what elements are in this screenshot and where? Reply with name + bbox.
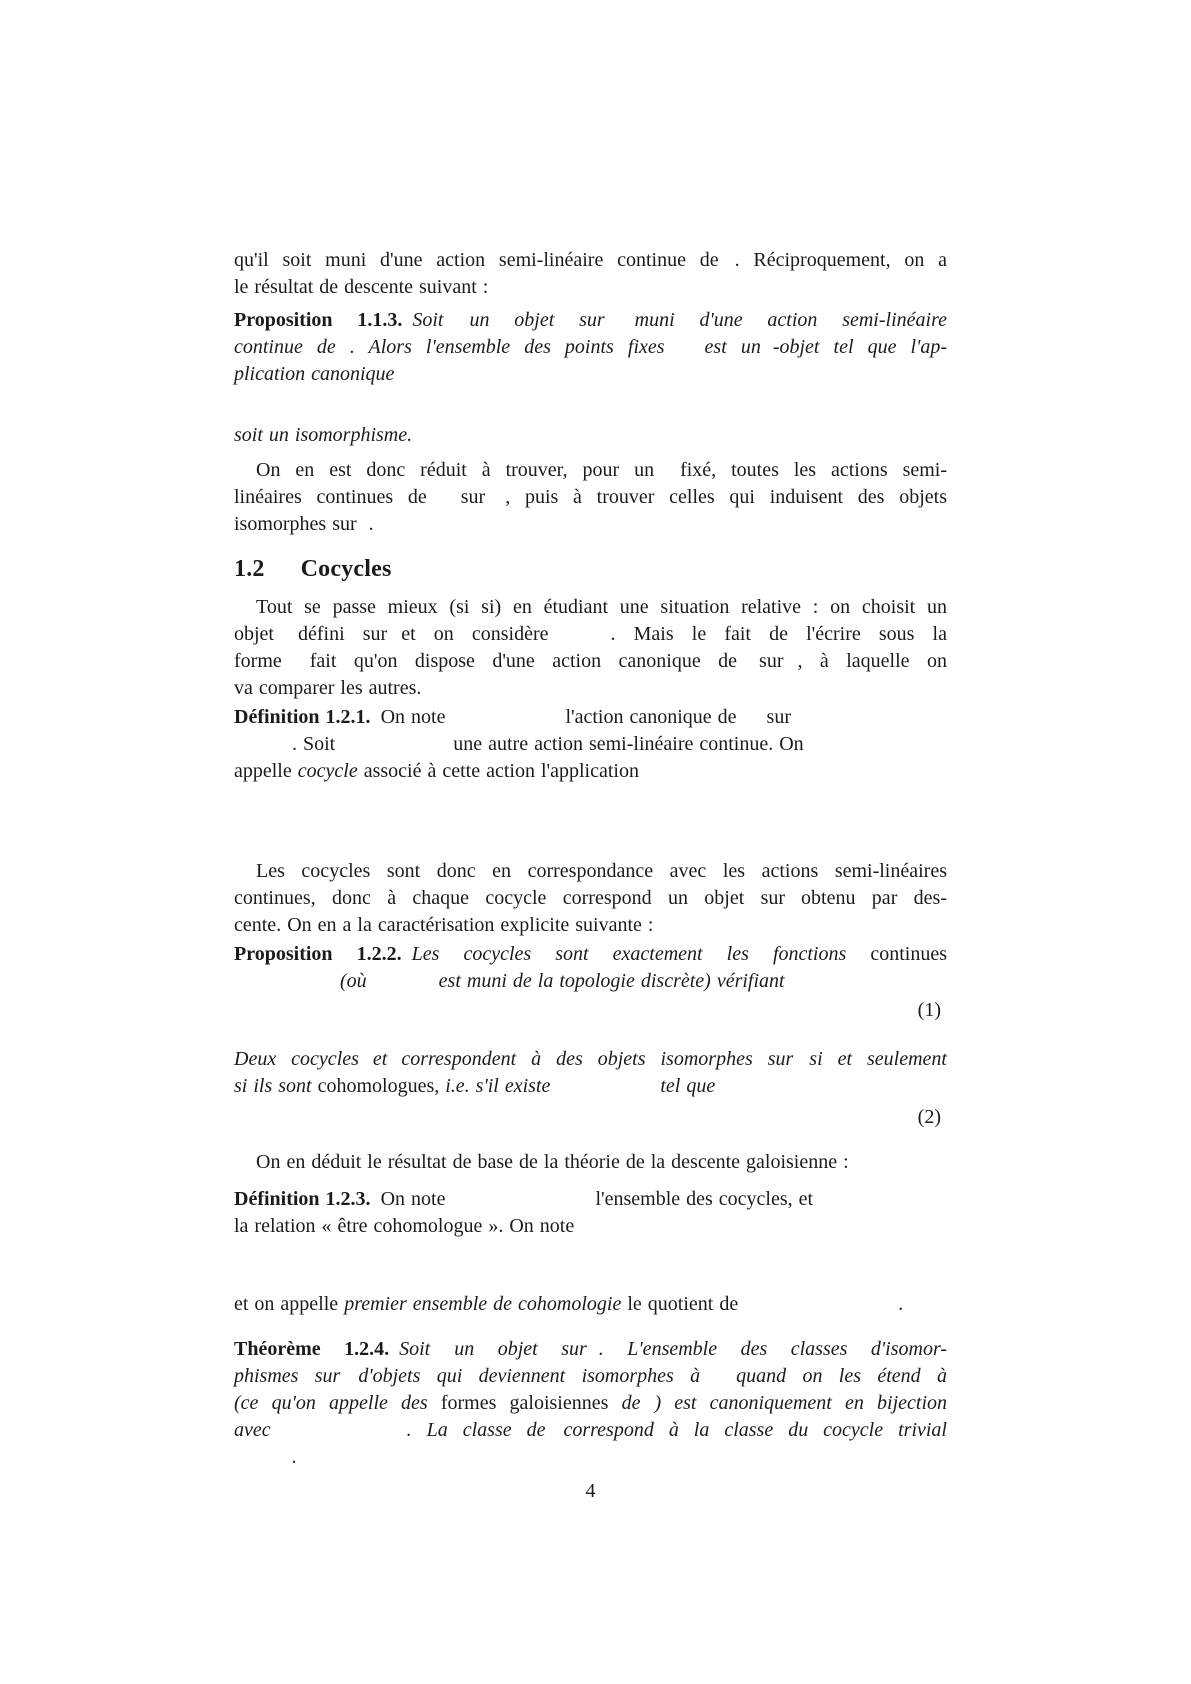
text-run: l'ensemble des cocycles, et bbox=[595, 1188, 813, 1210]
text-run: On note bbox=[381, 706, 446, 728]
math-gap bbox=[340, 1381, 358, 1382]
text-run: Soit bbox=[412, 309, 443, 331]
text-line: si ils sont cohomologues, i.e. s'il exis… bbox=[234, 1073, 947, 1100]
text-run: On en déduit le résultat de base de la t… bbox=[256, 1151, 849, 1173]
paragraph-on-en-est: On en est donc réduit à trouver, pour un… bbox=[234, 457, 947, 538]
text-line: qu'il soit muni d'une action semi-linéai… bbox=[234, 247, 947, 274]
text-run: Définition 1.2.1. bbox=[234, 706, 371, 728]
text-run: . L'ensemble des classes d'isomor- bbox=[599, 1338, 947, 1360]
math-gap bbox=[654, 475, 680, 476]
text-run: linéaires continues de bbox=[234, 486, 427, 508]
text-run: . Alors l'ensemble des points fixes bbox=[350, 336, 665, 358]
math-gap bbox=[784, 666, 798, 667]
text-run: 1.2 bbox=[234, 556, 265, 582]
math-gap bbox=[387, 1064, 401, 1065]
text-line: Proposition 1.1.3.Soitun objet surmuni d… bbox=[234, 307, 947, 334]
text-run: objet bbox=[234, 623, 274, 645]
math-gap bbox=[402, 959, 412, 960]
text-run: Proposition 1.2.2. bbox=[234, 943, 402, 965]
text-run: le résultat de descente suivant : bbox=[234, 276, 488, 298]
text-line: phismes surd'objets qui deviennent isomo… bbox=[234, 1363, 947, 1390]
text-run: l'action canonique de bbox=[565, 706, 736, 728]
math-gap bbox=[719, 265, 735, 266]
equation-label: (2) bbox=[918, 1106, 941, 1128]
math-gap bbox=[282, 666, 310, 667]
paragraph-intro: qu'il soit muni d'une action semi-linéai… bbox=[234, 247, 947, 301]
text-run: On en est donc réduit à trouver, pour un bbox=[256, 459, 654, 481]
math-gap bbox=[359, 1064, 373, 1065]
text-line: continues, donc à chaque cocycle corresp… bbox=[234, 885, 947, 912]
math-gap bbox=[545, 1435, 563, 1436]
text-run: Proposition 1.1.3. bbox=[234, 309, 402, 331]
text-run: défini sur bbox=[298, 623, 387, 645]
math-gap bbox=[430, 1354, 454, 1355]
text-line: et on appelle premier ensemble de cohomo… bbox=[234, 1291, 947, 1318]
text-line: objetdéfini suret on considère. Mais le … bbox=[234, 621, 947, 648]
math-gap bbox=[271, 1435, 407, 1436]
math-gap bbox=[549, 639, 611, 640]
text-line: On en est donc réduit à trouver, pour un… bbox=[234, 457, 947, 484]
text-run: Définition 1.2.3. bbox=[234, 1188, 371, 1210]
text-run: sur bbox=[767, 706, 791, 728]
text-line: la relation « être cohomologue ». On not… bbox=[234, 1213, 947, 1240]
text-line: formefait qu'on dispose d'une action can… bbox=[234, 648, 947, 675]
text-line: (ce qu'on appelle des formes galoisienne… bbox=[234, 1390, 947, 1417]
text-line: (oùest muni de la topologie discrète) vé… bbox=[234, 968, 947, 995]
text-run: avec bbox=[234, 1419, 271, 1441]
text-line: avec. La classe decorrespond à la classe… bbox=[234, 1417, 947, 1444]
math-gap bbox=[445, 1204, 595, 1205]
paragraph-premier-ensemble: et on appelle premier ensemble de cohomo… bbox=[234, 1291, 947, 1318]
proposition-1-1-3: Proposition 1.1.3.Soitun objet surmuni d… bbox=[234, 307, 947, 388]
text-line: . bbox=[234, 1444, 947, 1471]
math-gap bbox=[335, 749, 453, 750]
math-gap bbox=[371, 1204, 381, 1205]
text-run: cohomologues, bbox=[318, 1075, 440, 1097]
text-run: fait qu'on dispose d'une action canoniqu… bbox=[310, 650, 737, 672]
text-run: muni d'une action semi-linéaire bbox=[635, 309, 947, 331]
text-line: plication canonique bbox=[234, 361, 947, 388]
text-run: un objet sur bbox=[454, 1338, 587, 1360]
text-run: obtenu par des- bbox=[801, 887, 947, 909]
text-run: , à laquelle on bbox=[798, 650, 948, 672]
text-run: . bbox=[369, 513, 374, 535]
page: qu'il soit muni d'une action semi-linéai… bbox=[0, 0, 1191, 1684]
text-line: Les cocycles sont donc en correspondance… bbox=[234, 858, 947, 885]
text-run: Théorème 1.2.4. bbox=[234, 1338, 389, 1360]
math-gap bbox=[737, 722, 767, 723]
text-run: cente. On en a la caractérisation explic… bbox=[234, 914, 653, 936]
text-run: cocycle bbox=[298, 760, 358, 782]
text-line: 1.2Cocycles bbox=[234, 554, 947, 585]
math-gap bbox=[700, 1381, 736, 1382]
text-run: et bbox=[373, 1048, 387, 1070]
math-gap bbox=[737, 666, 759, 667]
text-run: . bbox=[292, 1446, 297, 1468]
text-run: quand on les étend à bbox=[736, 1365, 947, 1387]
text-run: (ce qu'on appelle des bbox=[234, 1392, 441, 1414]
math-gap bbox=[761, 352, 773, 353]
text-run: premier ensemble de cohomologie bbox=[344, 1293, 621, 1315]
text-line: Définition 1.2.1.On notel'action canoniq… bbox=[234, 704, 947, 731]
text-run: Les cocycles sont exactement les fonctio… bbox=[412, 943, 871, 965]
math-gap bbox=[274, 639, 298, 640]
text-line: On en déduit le résultat de base de la t… bbox=[234, 1149, 947, 1176]
definition-1-2-3: Définition 1.2.3.On notel'ensemble des c… bbox=[234, 1186, 947, 1240]
text-run: continue de bbox=[234, 336, 336, 358]
text-run: sur bbox=[759, 650, 783, 672]
text-line: Deux cocyclesetcorrespondent à des objet… bbox=[234, 1046, 947, 1073]
equation-number-2: (2) bbox=[234, 1104, 947, 1131]
text-run: le quotient de bbox=[621, 1293, 738, 1315]
math-gap bbox=[427, 502, 461, 503]
text-run: un objet sur bbox=[469, 309, 604, 331]
math-gap bbox=[367, 986, 439, 987]
text-run: si et seulement bbox=[809, 1048, 947, 1070]
math-gap bbox=[550, 1091, 660, 1092]
text-run: On note bbox=[381, 1188, 446, 1210]
text-run: Soit bbox=[399, 1338, 430, 1360]
text-run: la relation « être cohomologue ». On not… bbox=[234, 1215, 574, 1237]
text-run: plication canonique bbox=[234, 363, 394, 385]
text-line: Théorème 1.2.4.Soitun objet sur. L'ensem… bbox=[234, 1336, 947, 1363]
text-run: appelle bbox=[234, 760, 298, 782]
text-run: (où bbox=[340, 970, 367, 992]
text-run: -objet tel que l'ap- bbox=[773, 336, 947, 358]
text-run: phismes sur bbox=[234, 1365, 340, 1387]
paragraph-tout-se-passe: Tout se passe mieux (si si) en étudiant … bbox=[234, 594, 947, 702]
text-run: est un bbox=[705, 336, 761, 358]
text-run: continues bbox=[870, 943, 947, 965]
text-run: Deux cocycles bbox=[234, 1048, 359, 1070]
text-line: appelle cocycle associé à cette action l… bbox=[234, 758, 947, 785]
text-line: Définition 1.2.3.On notel'ensemble des c… bbox=[234, 1186, 947, 1213]
text-line: cente. On en a la caractérisation explic… bbox=[234, 912, 947, 939]
text-run: fixé, toutes les actions semi- bbox=[680, 459, 947, 481]
text-run: tel que bbox=[660, 1075, 715, 1097]
math-gap bbox=[665, 352, 705, 353]
text-run: . bbox=[898, 1293, 903, 1315]
text-line: isomorphes sur. bbox=[234, 511, 947, 538]
math-gap bbox=[605, 325, 635, 326]
text-run: . Soit bbox=[292, 733, 335, 755]
text-run: . Mais le fait de l'écrire sous la bbox=[611, 623, 947, 645]
text-run: d'objets qui deviennent isomorphes à bbox=[358, 1365, 700, 1387]
text-run: est muni de la topologie discrète) vérif… bbox=[439, 970, 785, 992]
theoreme-1-2-4: Théorème 1.2.4.Soitun objet sur. L'ensem… bbox=[234, 1336, 947, 1471]
text-run: Les cocycles sont donc en correspondance… bbox=[256, 860, 947, 882]
math-gap bbox=[445, 722, 565, 723]
text-run: formes galoisiennes bbox=[441, 1392, 609, 1414]
text-run: associé à cette action l'application bbox=[358, 760, 639, 782]
text-line: linéaires continues desur, puis à trouve… bbox=[234, 484, 947, 511]
text-run: ) est canoniquement en bijection bbox=[654, 1392, 947, 1414]
text-line: continue de. Alors l'ensemble des points… bbox=[234, 334, 947, 361]
text-run: et on considère bbox=[401, 623, 548, 645]
page-number: 4 bbox=[234, 1478, 947, 1505]
text-line: . Soitune autre action semi-linéaire con… bbox=[234, 731, 947, 758]
section-heading-1-2-cocycles: 1.2Cocycles bbox=[234, 554, 947, 585]
text-run: continues, donc à chaque cocycle corresp… bbox=[234, 887, 785, 909]
math-gap bbox=[402, 325, 412, 326]
text-run: . La classe de bbox=[407, 1419, 546, 1441]
math-gap bbox=[389, 1354, 399, 1355]
equation-number-1: (1) bbox=[234, 997, 947, 1024]
text-run: sur bbox=[461, 486, 485, 508]
definition-1-2-1: Définition 1.2.1.On notel'action canoniq… bbox=[234, 704, 947, 785]
text-run: va comparer les autres. bbox=[234, 677, 421, 699]
text-run: Cocycles bbox=[301, 556, 392, 582]
text-run: , puis à trouver celles qui induisent de… bbox=[505, 486, 947, 508]
text-run: correspond à la classe du cocycle trivia… bbox=[563, 1419, 947, 1441]
equation-label: (1) bbox=[918, 999, 941, 1021]
text-run: qu'il soit muni d'une action semi-linéai… bbox=[234, 249, 719, 271]
paragraph-deux-cocycles: Deux cocyclesetcorrespondent à des objet… bbox=[234, 1046, 947, 1100]
text-run: . Réciproquement, on a bbox=[735, 249, 947, 271]
math-gap bbox=[357, 529, 369, 530]
paragraph-on-en-deduit: On en déduit le résultat de base de la t… bbox=[234, 1149, 947, 1176]
math-gap bbox=[387, 639, 401, 640]
math-gap bbox=[640, 1408, 654, 1409]
text-run: Tout se passe mieux (si si) en étudiant … bbox=[256, 596, 947, 618]
math-gap bbox=[443, 325, 469, 326]
paragraph-les-cocycles: Les cocycles sont donc en correspondance… bbox=[234, 858, 947, 939]
text-run: de bbox=[608, 1392, 640, 1414]
math-gap bbox=[793, 1064, 809, 1065]
text-line: va comparer les autres. bbox=[234, 675, 947, 702]
text-run: i.e. s'il existe bbox=[439, 1075, 550, 1097]
text-run: isomorphes sur bbox=[234, 513, 357, 535]
text-line: le résultat de descente suivant : bbox=[234, 274, 947, 301]
math-gap bbox=[371, 722, 381, 723]
text-run: si ils sont bbox=[234, 1075, 318, 1097]
math-gap bbox=[336, 352, 350, 353]
line-soit-un-isomorphisme: soit un isomorphisme. bbox=[234, 422, 947, 449]
text-line: Tout se passe mieux (si si) en étudiant … bbox=[234, 594, 947, 621]
text-line: soit un isomorphisme. bbox=[234, 422, 947, 449]
math-gap bbox=[485, 502, 505, 503]
math-gap bbox=[587, 1354, 599, 1355]
math-gap bbox=[265, 575, 301, 576]
text-run: forme bbox=[234, 650, 282, 672]
proposition-1-2-2: Proposition 1.2.2.Les cocycles sont exac… bbox=[234, 941, 947, 995]
math-gap bbox=[738, 1309, 898, 1310]
text-line: Proposition 1.2.2.Les cocycles sont exac… bbox=[234, 941, 947, 968]
text-run: correspondent à des objets isomorphes su… bbox=[401, 1048, 793, 1070]
text-run: soit un isomorphisme. bbox=[234, 424, 412, 446]
math-gap bbox=[785, 903, 801, 904]
text-run: et on appelle bbox=[234, 1293, 344, 1315]
text-run: une autre action semi-linéaire continue.… bbox=[453, 733, 803, 755]
